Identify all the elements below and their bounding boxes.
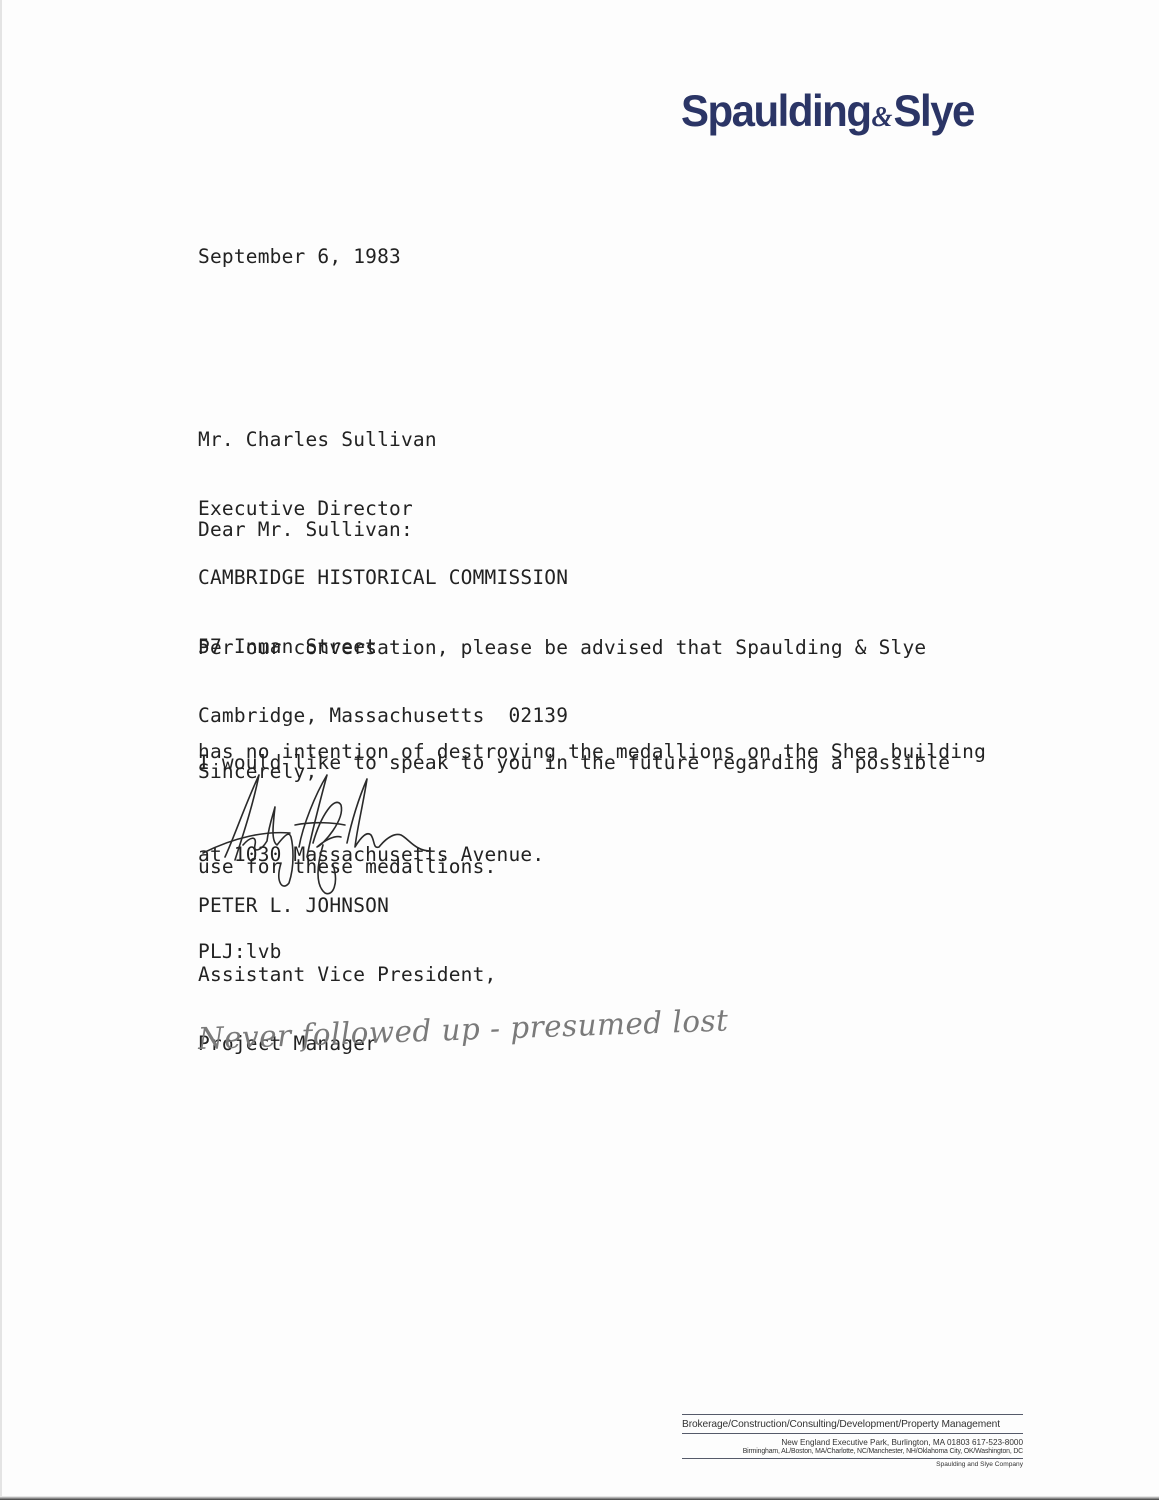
recipient-name: Mr. Charles Sullivan <box>198 428 568 451</box>
logo-ampersand: & <box>872 101 893 133</box>
logo-text-slye: Slye <box>894 86 974 135</box>
footer-address: New England Executive Park, Burlington, … <box>682 1434 1023 1447</box>
company-logo: Spaulding&Slye <box>681 86 974 136</box>
salutation: Dear Mr. Sullivan: <box>198 518 413 541</box>
letterhead-footer: Brokerage/Construction/Consulting/Develo… <box>682 1414 1023 1468</box>
page-edge <box>0 1496 1159 1500</box>
logo-text-spaulding: Spaulding <box>681 86 871 135</box>
signer-block: PETER L. JOHNSON Assistant Vice Presiden… <box>198 848 497 1101</box>
footer-services: Brokerage/Construction/Consulting/Develo… <box>682 1415 1023 1433</box>
signer-title: Assistant Vice President, <box>198 963 497 986</box>
signer-name: PETER L. JOHNSON <box>198 894 497 917</box>
footer-offices: Birmingham, AL/Boston, MA/Charlotte, NC/… <box>682 1447 1023 1458</box>
letter-page: Spaulding&Slye September 6, 1983 Mr. Cha… <box>0 0 1159 1500</box>
footer-company: Spaulding and Slye Company <box>682 1459 1023 1468</box>
page-edge <box>0 0 2 1500</box>
reference-initials: PLJ:lvb <box>198 940 282 963</box>
letter-date: September 6, 1983 <box>198 245 401 268</box>
recipient-title: Executive Director <box>198 497 568 520</box>
closing: Sincerely, <box>198 760 317 783</box>
paragraph-line: Per our conversation, please be advised … <box>198 631 986 666</box>
